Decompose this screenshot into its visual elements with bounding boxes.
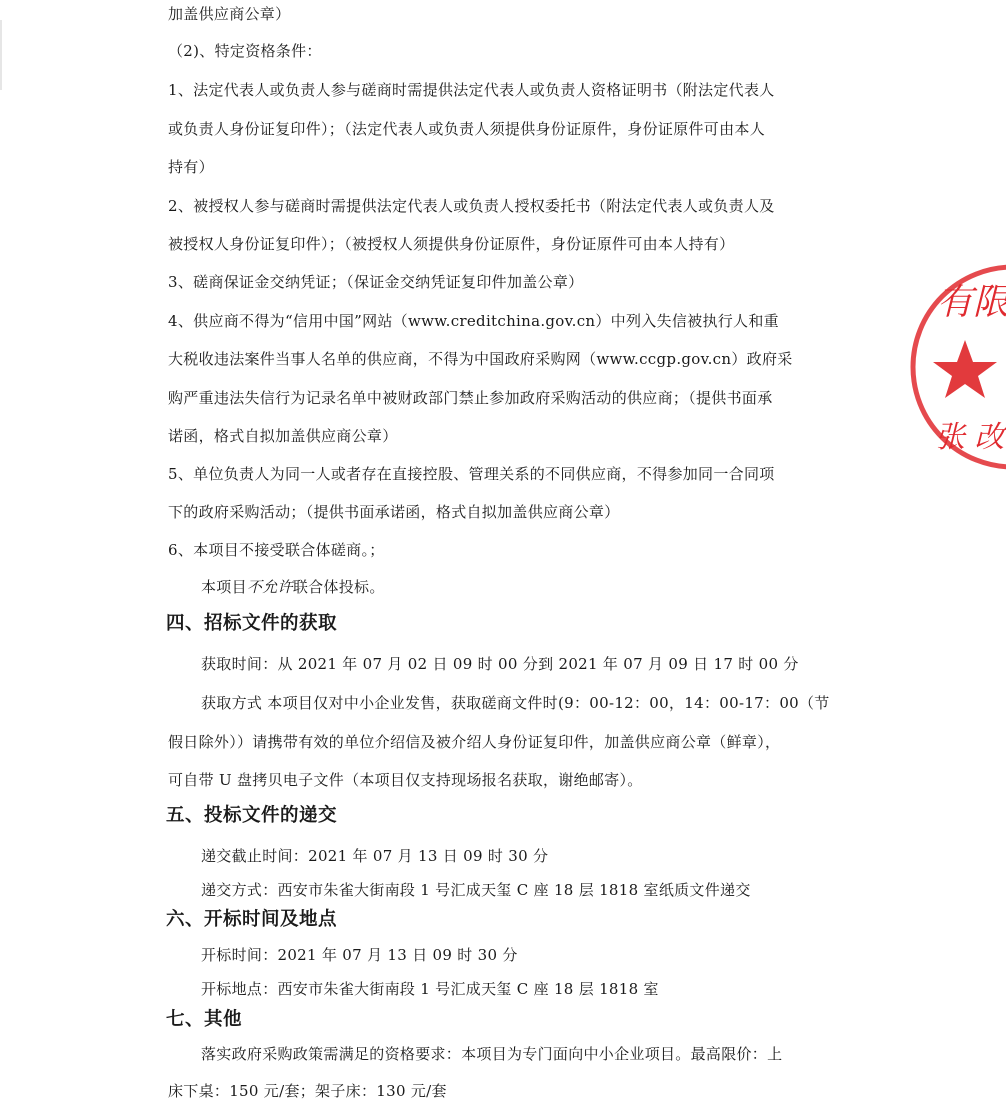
text-line: 购严重违法失信行为记录名单中被财政部门禁止参加政府采购活动的供应商；（提供书面承	[168, 388, 773, 408]
submission-method: 递交方式：西安市朱雀大街南段 1 号汇成天玺 C 座 18 层 1818 室纸质…	[201, 880, 751, 900]
opening-place: 开标地点：西安市朱雀大街南段 1 号汇成天玺 C 座 18 层 1818 室	[201, 979, 659, 999]
acquisition-method-line: 假日除外））请携带有效的单位介绍信及被介绍人身份证复印件，加盖供应商公章（鲜章）…	[168, 732, 780, 752]
seal-text-bottom: 张 改	[935, 420, 1006, 455]
consortium-note-prefix: 本项目	[201, 578, 247, 596]
text-line: 诺函，格式自拟加盖供应商公章）	[168, 426, 398, 446]
text-line: 加盖供应商公章）	[168, 4, 290, 24]
section-heading-6: 六、开标时间及地点	[166, 910, 337, 930]
text-line: 1、法定代表人或负责人参与磋商时需提供法定代表人或负责人资格证明书（附法定代表人	[168, 80, 775, 100]
company-seal-stamp: 有限公 张 改	[905, 262, 1006, 472]
seal-text-top: 有限公	[937, 282, 1006, 323]
text-line: （2)、特定资格条件：	[168, 41, 322, 61]
acquisition-method-line: 获取方式 本项目仅对中小企业发售，获取磋商文件时(9：00-12：00，14：0…	[201, 693, 830, 713]
consortium-note-emphasis: 不允许	[247, 578, 293, 596]
submission-deadline: 递交截止时间：2021 年 07 月 13 日 09 时 30 分	[201, 846, 548, 866]
document-page: 加盖供应商公章） （2)、特定资格条件： 1、法定代表人或负责人参与磋商时需提供…	[0, 0, 1006, 1110]
star-icon	[933, 340, 997, 398]
text-line: 2、被授权人参与磋商时需提供法定代表人或负责人授权委托书（附法定代表人或负责人及	[168, 196, 775, 216]
opening-time: 开标时间：2021 年 07 月 13 日 09 时 30 分	[201, 945, 518, 965]
text-line: 大税收违法案件当事人名单的供应商，不得为中国政府采购网（www.ccgp.gov…	[168, 349, 793, 369]
section-heading-5: 五、投标文件的递交	[166, 806, 337, 826]
text-line: 下的政府采购活动；（提供书面承诺函，格式自拟加盖供应商公章）	[168, 502, 620, 522]
text-line: 持有）	[168, 157, 214, 177]
text-line: 被授权人身份证复印件）；（被授权人须提供身份证原件，身份证原件可由本人持有）	[168, 234, 734, 254]
consortium-note-suffix: 联合体投标。	[293, 578, 385, 596]
other-requirements-line: 床下桌：150 元/套；架子床：130 元/套	[168, 1081, 447, 1101]
text-line: 3、磋商保证金交纳凭证；（保证金交纳凭证复印件加盖公章）	[168, 272, 583, 292]
text-line: 5、单位负责人为同一人或者存在直接控股、管理关系的不同供应商，不得参加同一合同项	[168, 464, 775, 484]
acquisition-time: 获取时间：从 2021 年 07 月 02 日 09 时 00 分到 2021 …	[201, 654, 799, 674]
section-heading-4: 四、招标文件的获取	[166, 614, 337, 634]
other-requirements-line: 落实政府采购政策需满足的资格要求：本项目为专门面向中小企业项目。最高限价：上	[201, 1044, 782, 1064]
consortium-note: 本项目不允许联合体投标。	[201, 577, 385, 597]
text-line: 6、本项目不接受联合体磋商。；	[168, 540, 385, 560]
acquisition-method-line: 可自带 U 盘拷贝电子文件（本项目仅支持现场报名获取，谢绝邮寄）。	[168, 770, 643, 790]
page-edge-divider	[0, 20, 2, 90]
text-line: 4、供应商不得为“信用中国”网站（www.creditchina.gov.cn）…	[168, 311, 779, 331]
text-line: 或负责人身份证复印件）；（法定代表人或负责人须提供身份证原件，身份证原件可由本人	[168, 119, 765, 139]
section-heading-7: 七、其他	[166, 1010, 242, 1030]
